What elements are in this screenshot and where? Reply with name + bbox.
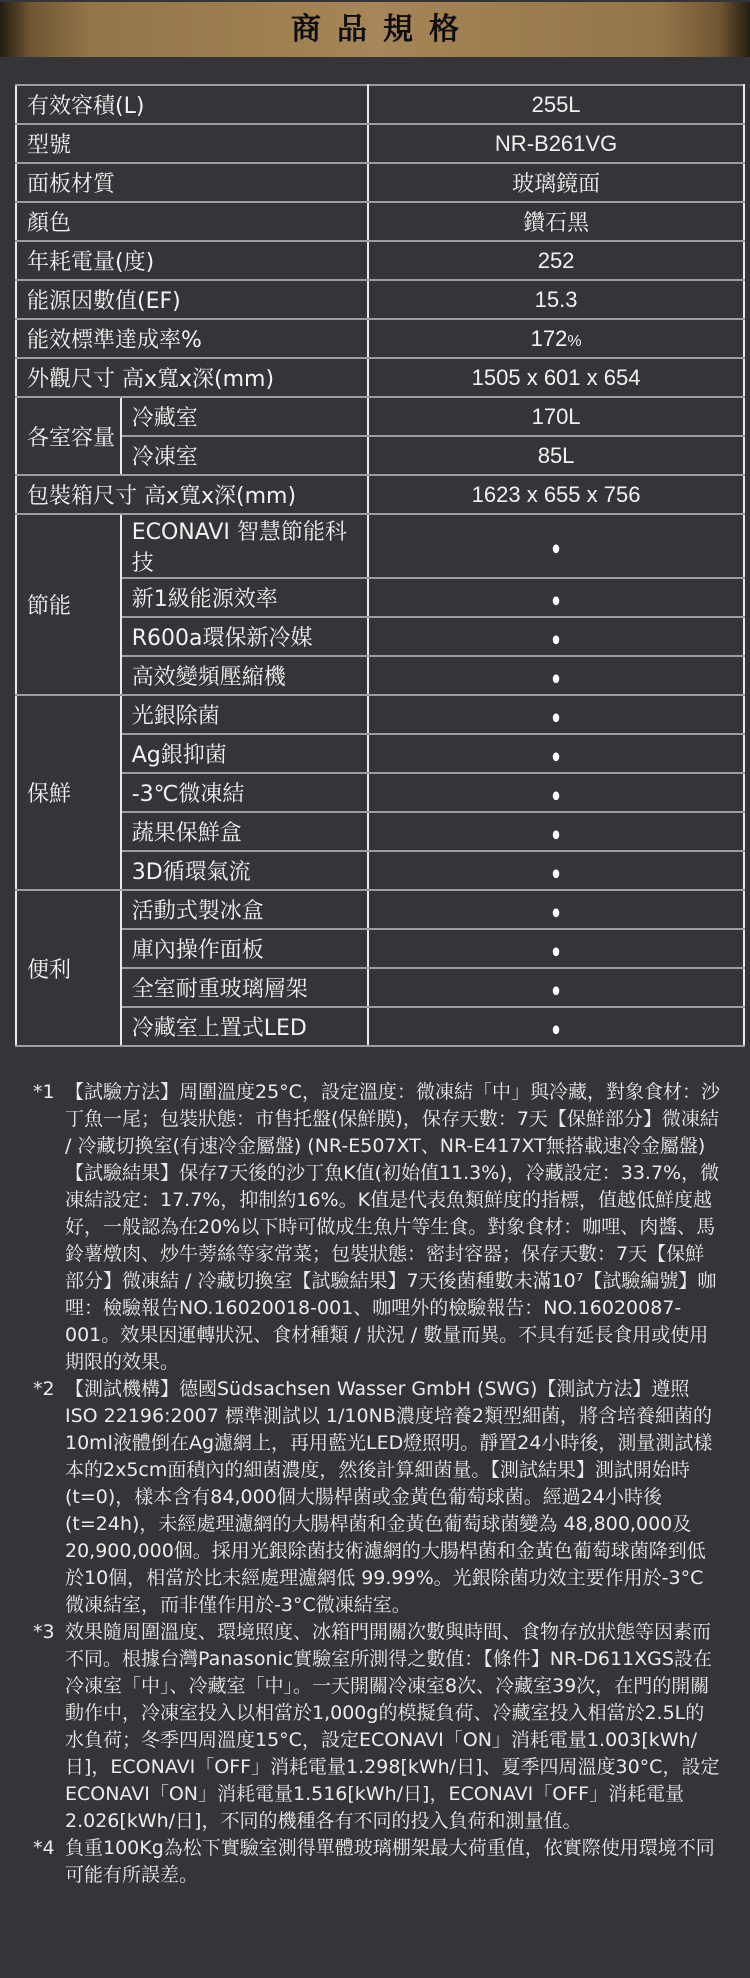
table-row: 蔬果保鮮盒● bbox=[16, 812, 744, 851]
page-title: 商品規格 bbox=[275, 15, 475, 45]
spec-group-label: 保鮮 bbox=[16, 695, 121, 890]
footnote: *3效果隨周圍溫度、環境照度、冰箱門開關次數與時間、食物存放狀態等因素而不同。根… bbox=[33, 1619, 722, 1835]
footnote-text: 負重100Kg為松下實驗室測得單體玻璃棚架最大荷重值，依實際使用環境不同可能有所… bbox=[65, 1835, 722, 1889]
spec-value: 15.3 bbox=[535, 287, 578, 312]
table-row: 高效變頻壓縮機● bbox=[16, 656, 744, 695]
spec-group-label: 便利 bbox=[16, 890, 121, 1046]
spec-value-cell: ● bbox=[368, 812, 744, 851]
spec-label: 外觀尺寸 高x寬x深(mm) bbox=[16, 358, 368, 397]
spec-sublabel: 光銀除菌 bbox=[121, 695, 368, 734]
spec-value-cell: 玻璃鏡面 bbox=[368, 163, 744, 202]
footnote: *4負重100Kg為松下實驗室測得單體玻璃棚架最大荷重值，依實際使用環境不同可能… bbox=[33, 1835, 722, 1889]
spec-value-cell: ● bbox=[368, 734, 744, 773]
spec-sublabel: 高效變頻壓縮機 bbox=[121, 656, 368, 695]
spec-group-label: 各室容量 bbox=[16, 397, 121, 475]
spec-value-cell: ● bbox=[368, 617, 744, 656]
spec-value: 170L bbox=[532, 404, 581, 429]
table-row: 保鮮光銀除菌● bbox=[16, 695, 744, 734]
footnote-marker: *1 bbox=[33, 1079, 65, 1106]
spec-label: 年耗電量(度) bbox=[16, 241, 368, 280]
spec-value: 172 bbox=[531, 326, 568, 351]
spec-value: 252 bbox=[538, 248, 575, 273]
spec-label: 有效容積(L) bbox=[16, 85, 368, 124]
spec-value: 85L bbox=[538, 443, 575, 468]
feature-dot-icon: ● bbox=[552, 784, 561, 807]
spec-value-cell: ● bbox=[368, 578, 744, 617]
spec-sublabel: 活動式製冰盒 bbox=[121, 890, 368, 929]
table-row: 面板材質玻璃鏡面 bbox=[16, 163, 744, 202]
table-row: 能效標準達成率%172% bbox=[16, 319, 744, 358]
footnote-marker: *2 bbox=[33, 1376, 65, 1403]
spec-value-cell: 85L bbox=[368, 436, 744, 475]
spec-sublabel: R600a環保新冷媒 bbox=[121, 617, 368, 656]
feature-dot-icon: ● bbox=[552, 979, 561, 1002]
feature-dot-icon: ● bbox=[552, 1018, 561, 1041]
feature-dot-icon: ● bbox=[552, 628, 561, 651]
spec-label: 包裝箱尺寸 高x寬x深(mm) bbox=[16, 475, 368, 514]
feature-dot-icon: ● bbox=[552, 667, 561, 690]
footnote-text: 效果隨周圍溫度、環境照度、冰箱門開關次數與時間、食物存放狀態等因素而不同。根據台… bbox=[65, 1619, 722, 1835]
spec-value: 255L bbox=[532, 92, 581, 117]
spec-value-cell: 1623 x 655 x 756 bbox=[368, 475, 744, 514]
spec-sublabel: 全室耐重玻璃層架 bbox=[121, 968, 368, 1007]
spec-sublabel: 庫內操作面板 bbox=[121, 929, 368, 968]
table-row: -3℃微凍結● bbox=[16, 773, 744, 812]
spec-label: 顏色 bbox=[16, 202, 368, 241]
table-row: 冷凍室85L bbox=[16, 436, 744, 475]
table-row: 顏色鑽石黑 bbox=[16, 202, 744, 241]
spec-sublabel: ECONAVI 智慧節能科技 bbox=[121, 514, 368, 578]
table-row: Ag銀抑菌● bbox=[16, 734, 744, 773]
spec-label: 能效標準達成率% bbox=[16, 319, 368, 358]
footnote: *1【試驗方法】周圍溫度25°C，設定溫度：微凍結「中」與冷藏，對象食材：沙丁魚… bbox=[33, 1079, 722, 1376]
spec-value-cell: ● bbox=[368, 656, 744, 695]
spec-group-label: 節能 bbox=[16, 514, 121, 695]
spec-sublabel: 3D循環氣流 bbox=[121, 851, 368, 890]
table-row: R600a環保新冷媒● bbox=[16, 617, 744, 656]
spec-value-cell: ● bbox=[368, 1007, 744, 1046]
spec-value-cell: 170L bbox=[368, 397, 744, 436]
spec-value-cell: 255L bbox=[368, 85, 744, 124]
spec-value: 1623 x 655 x 756 bbox=[472, 482, 641, 507]
product-spec-page: 商品規格 有效容積(L)255L型號NR-B261VG面板材質玻璃鏡面顏色鑽石黑… bbox=[0, 2, 750, 1889]
spec-sublabel: 蔬果保鮮盒 bbox=[121, 812, 368, 851]
feature-dot-icon: ● bbox=[552, 537, 561, 560]
table-row: 外觀尺寸 高x寬x深(mm)1505 x 601 x 654 bbox=[16, 358, 744, 397]
spec-value-cell: 252 bbox=[368, 241, 744, 280]
spec-value-suffix: % bbox=[567, 333, 581, 350]
spec-value-cell: 1505 x 601 x 654 bbox=[368, 358, 744, 397]
feature-dot-icon: ● bbox=[552, 862, 561, 885]
header-band: 商品規格 bbox=[0, 2, 750, 57]
spec-value-cell: ● bbox=[368, 514, 744, 578]
feature-dot-icon: ● bbox=[552, 745, 561, 768]
table-row: 便利活動式製冰盒● bbox=[16, 890, 744, 929]
feature-dot-icon: ● bbox=[552, 940, 561, 963]
spec-value-cell: NR-B261VG bbox=[368, 124, 744, 163]
spec-value-cell: 鑽石黑 bbox=[368, 202, 744, 241]
table-row: 能源因數值(EF)15.3 bbox=[16, 280, 744, 319]
spec-value-cell: ● bbox=[368, 890, 744, 929]
spec-label: 面板材質 bbox=[16, 163, 368, 202]
table-row: 年耗電量(度)252 bbox=[16, 241, 744, 280]
footnote-text: 【測試機構】德國Südsachsen Wasser GmbH (SWG)【測試方… bbox=[65, 1376, 722, 1619]
spec-value: NR-B261VG bbox=[495, 131, 617, 156]
spec-sublabel: -3℃微凍結 bbox=[121, 773, 368, 812]
spec-sublabel: 冷凍室 bbox=[121, 436, 368, 475]
footnote-marker: *4 bbox=[33, 1835, 65, 1862]
spec-value-cell: ● bbox=[368, 851, 744, 890]
spec-sublabel: 冷藏室 bbox=[121, 397, 368, 436]
spec-value-cell: ● bbox=[368, 968, 744, 1007]
spec-value-cell: ● bbox=[368, 929, 744, 968]
spec-label: 型號 bbox=[16, 124, 368, 163]
footnote-text: 【試驗方法】周圍溫度25°C，設定溫度：微凍結「中」與冷藏，對象食材：沙丁魚一尾… bbox=[65, 1079, 722, 1376]
footnote: *2【測試機構】德國Südsachsen Wasser GmbH (SWG)【測… bbox=[33, 1376, 722, 1619]
spec-sublabel: 冷藏室上置式LED bbox=[121, 1007, 368, 1046]
feature-dot-icon: ● bbox=[552, 706, 561, 729]
feature-dot-icon: ● bbox=[552, 823, 561, 846]
table-row: 型號NR-B261VG bbox=[16, 124, 744, 163]
spec-value: 鑽石黑 bbox=[523, 210, 589, 235]
spec-value-cell: 15.3 bbox=[368, 280, 744, 319]
spec-sublabel: 新1級能源效率 bbox=[121, 578, 368, 617]
footnote-marker: *3 bbox=[33, 1619, 65, 1646]
table-row: 冷藏室上置式LED● bbox=[16, 1007, 744, 1046]
spec-label: 能源因數值(EF) bbox=[16, 280, 368, 319]
table-row: 包裝箱尺寸 高x寬x深(mm)1623 x 655 x 756 bbox=[16, 475, 744, 514]
spec-value: 1505 x 601 x 654 bbox=[472, 365, 641, 390]
spec-sublabel: Ag銀抑菌 bbox=[121, 734, 368, 773]
table-row: 全室耐重玻璃層架● bbox=[16, 968, 744, 1007]
feature-dot-icon: ● bbox=[552, 901, 561, 924]
spec-value-cell: ● bbox=[368, 773, 744, 812]
table-row: 節能ECONAVI 智慧節能科技● bbox=[16, 514, 744, 578]
footnotes: *1【試驗方法】周圍溫度25°C，設定溫度：微凍結「中」與冷藏，對象食材：沙丁魚… bbox=[33, 1079, 722, 1889]
table-row: 3D循環氣流● bbox=[16, 851, 744, 890]
table-row: 新1級能源效率● bbox=[16, 578, 744, 617]
table-row: 各室容量冷藏室170L bbox=[16, 397, 744, 436]
spec-value-cell: ● bbox=[368, 695, 744, 734]
spec-value: 玻璃鏡面 bbox=[512, 171, 600, 196]
table-row: 有效容積(L)255L bbox=[16, 85, 744, 124]
spec-table: 有效容積(L)255L型號NR-B261VG面板材質玻璃鏡面顏色鑽石黑年耗電量(… bbox=[15, 84, 745, 1047]
spec-value-cell: 172% bbox=[368, 319, 744, 358]
feature-dot-icon: ● bbox=[552, 589, 561, 612]
table-row: 庫內操作面板● bbox=[16, 929, 744, 968]
